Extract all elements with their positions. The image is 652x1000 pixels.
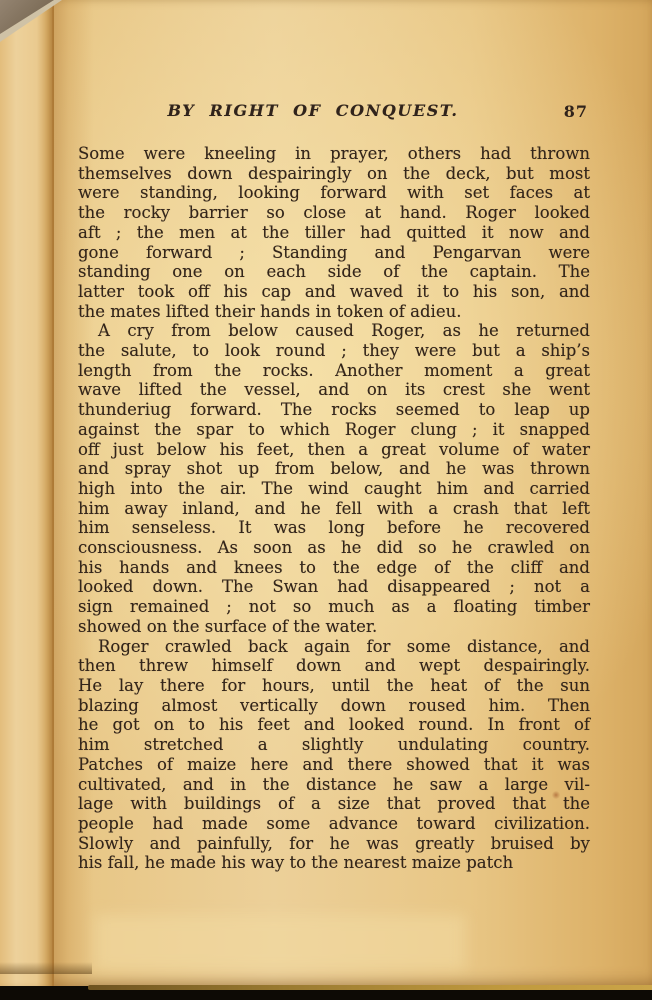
text-line: blazing almost vertically down roused hi… <box>78 696 590 716</box>
text-line: themselves down despairingly on the deck… <box>78 164 590 184</box>
text-line: his fall, he made his way to the nearest… <box>78 853 590 873</box>
text-line: against the spar to which Roger clung ; … <box>78 420 590 440</box>
text-line: Some were kneeling in prayer, others had… <box>78 144 590 164</box>
facing-page-edge: or thet therewe havcy on aGo lusprit :e … <box>0 0 54 986</box>
text-line: his hands and knees to the edge of the c… <box>78 558 590 578</box>
bottom-page-fold-shadow <box>0 962 92 974</box>
text-line: latter took off his cap and waved it to … <box>78 282 590 302</box>
text-line: the mates lifted their hands in token of… <box>78 302 590 322</box>
text-line: aft ; the men at the tiller had quitted … <box>78 223 590 243</box>
text-line: the rocky barrier so close at hand. Roge… <box>78 203 590 223</box>
page-number: 87 <box>564 102 588 121</box>
text-line: gone forward ; Standing and Pengarvan we… <box>78 243 590 263</box>
text-line: lage with buildings of a size that prove… <box>78 794 590 814</box>
text-line: showed on the surface of the water. <box>78 617 590 637</box>
text-line: He lay there for hours, until the heat o… <box>78 676 590 696</box>
text-line: and spray shot up from below, and he was… <box>78 459 590 479</box>
text-line: Slowly and painfully, for he was greatly… <box>78 834 590 854</box>
scan-smear <box>95 915 465 970</box>
text-line: the salute, to look round ; they were bu… <box>78 341 590 361</box>
text-line: were standing, looking forward with set … <box>78 183 590 203</box>
running-head-row: BY RIGHT OF CONQUEST. 87 <box>78 101 590 123</box>
printed-content: BY RIGHT OF CONQUEST. 87 Some were kneel… <box>78 0 590 873</box>
running-head: BY RIGHT OF CONQUEST. <box>57 101 569 120</box>
text-line: him away inland, and he fell with a cras… <box>78 499 590 519</box>
text-line: people had made some advance toward civi… <box>78 814 590 834</box>
text-line: he got on to his feet and looked round. … <box>78 715 590 735</box>
text-line: A cry from below caused Roger, as he ret… <box>78 321 590 341</box>
text-line: wave lifted the vessel, and on its crest… <box>78 380 590 400</box>
text-line: cultivated, and in the distance he saw a… <box>78 775 590 795</box>
text-line: sign remained ; not so much as a floatin… <box>78 597 590 617</box>
text-line: looked down. The Swan had disappeared ; … <box>78 577 590 597</box>
book-page: or thet therewe havcy on aGo lusprit :e … <box>0 0 652 986</box>
text-line: Roger crawled back again for some distan… <box>78 637 590 657</box>
text-line: Patches of maize here and there showed t… <box>78 755 590 775</box>
text-line: high into the air. The wind caught him a… <box>78 479 590 499</box>
text-line: him senseless. It was long before he rec… <box>78 518 590 538</box>
text-line: length from the rocks. Another moment a … <box>78 361 590 381</box>
text-line: thunderiug forward. The rocks seemed to … <box>78 400 590 420</box>
text-line: consciousness. As soon as he did so he c… <box>78 538 590 558</box>
text-line: him stretched a slightly undulating coun… <box>78 735 590 755</box>
text-line: then threw himself down and wept despair… <box>78 656 590 676</box>
text-line: standing one on each side of the captain… <box>78 262 590 282</box>
photo-background: or thet therewe havcy on aGo lusprit :e … <box>0 0 652 1000</box>
text-line: off just below his feet, then a great vo… <box>78 440 590 460</box>
page-bottom-gilded-edge <box>88 985 652 990</box>
body-text: Some were kneeling in prayer, others had… <box>78 144 590 873</box>
